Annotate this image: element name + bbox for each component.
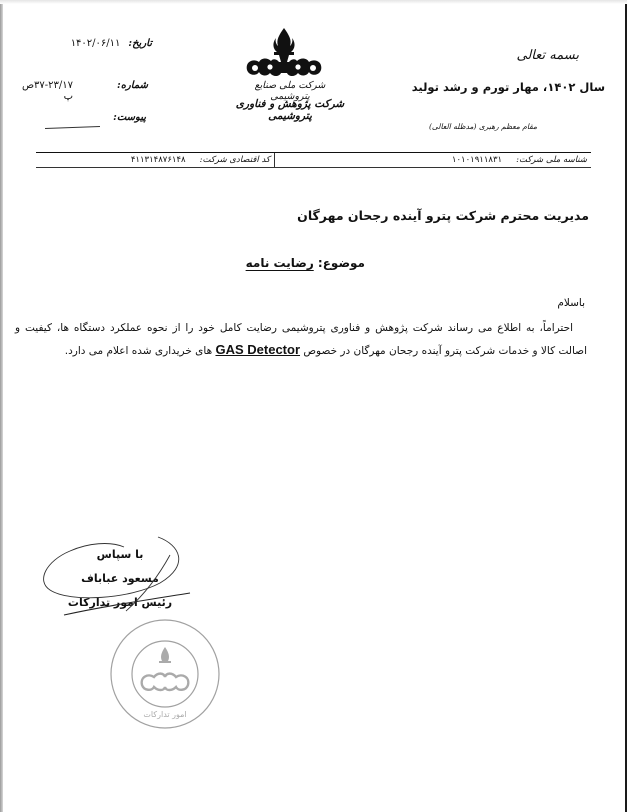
economic-code-cell: کد اقتصادی شرکت: ۴۱۱۳۱۴۸۷۶۱۴۸ <box>36 153 274 167</box>
body-part-2: های خریداری شده اعلام می دارد. <box>65 345 212 357</box>
letter-body: احتراماً، به اطلاع می رساند شرکت پژوهش و… <box>15 318 587 362</box>
scan-edge-top <box>0 0 627 4</box>
nipc-flame-logo-icon <box>243 26 325 78</box>
company-stamp-icon: امور تدارکات <box>108 617 223 732</box>
national-id-label: شناسه ملی شرکت: <box>516 155 587 165</box>
number-value: ۳۷-۲۳/۱۷ص پ <box>20 80 73 102</box>
date-value: ۱۴۰۲/۰۶/۱۱ <box>71 38 121 49</box>
product-highlight: GAS Detector <box>215 342 300 357</box>
bismillah-heading: بسمه تعالی <box>517 48 579 63</box>
letter-number: شماره: ۳۷-۲۳/۱۷ص پ <box>20 80 148 102</box>
letter-attachment: پیوست: <box>42 112 146 123</box>
date-label: تاریخ: <box>128 38 152 49</box>
leader-quote-attribution: مقام معظم رهبری (مدظله العالی) <box>429 122 537 131</box>
recipient-line: مدیریت محترم شرکت پترو آینده رجحان مهرگا… <box>297 208 589 223</box>
economic-code-value: ۴۱۱۳۱۴۸۷۶۱۴۸ <box>131 155 186 165</box>
company-name: شرکت پژوهش و فناوری پتروشیمی <box>235 98 345 122</box>
national-id-cell: شناسه ملی شرکت: ۱۰۱۰۱۹۱۱۸۳۱ <box>274 153 591 167</box>
attachment-label: پیوست: <box>113 112 146 123</box>
attachment-dash-line <box>45 126 100 129</box>
subject-label: موضوع: <box>318 256 365 270</box>
letter-page: بسمه تعالی سال ۱۴۰۲، مهار تورم و رشد تول… <box>0 0 627 812</box>
national-id-value: ۱۰۱۰۱۹۱۱۸۳۱ <box>452 155 502 165</box>
economic-code-label: کد اقتصادی شرکت: <box>200 155 270 165</box>
scan-edge-left <box>0 0 3 812</box>
letter-date: تاریخ: ۱۴۰۲/۰۶/۱۱ <box>72 38 152 49</box>
greeting: باسلام <box>557 297 585 309</box>
year-slogan: سال ۱۴۰۲، مهار تورم و رشد تولید <box>412 80 605 94</box>
subject-line: موضوع: رضایت نامه <box>246 256 365 270</box>
number-label: شماره: <box>117 80 148 91</box>
subject-value: رضایت نامه <box>246 256 314 270</box>
stamp-inner-text: امور تدارکات <box>143 710 186 719</box>
company-id-bar: شناسه ملی شرکت: ۱۰۱۰۱۹۱۱۸۳۱ کد اقتصادی ش… <box>36 152 591 168</box>
